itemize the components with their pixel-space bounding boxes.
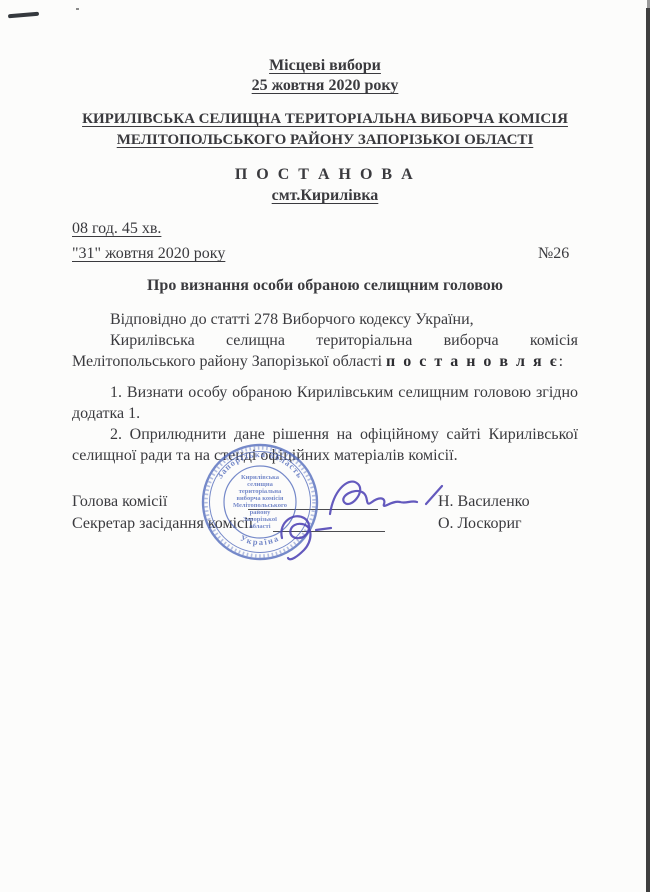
commission-name-line1: КИРИЛІВСЬКА СЕЛИЩНА ТЕРИТОРІАЛЬНА ВИБОРЧ…: [72, 109, 578, 130]
stamp-center-line: області: [249, 523, 270, 530]
scan-artifact-speck: [76, 8, 79, 10]
stamp-center-line: району: [250, 509, 272, 516]
handwritten-signature-secretary-dash: [316, 528, 331, 530]
svg-text:Україна: Україна: [239, 533, 281, 547]
stamp-center-line: селищна: [247, 481, 273, 488]
handwritten-signature-head: [330, 482, 417, 514]
document-content: Місцеві вибори 25 жовтня 2020 року КИРИЛ…: [72, 56, 578, 466]
election-header-line1: Місцеві вибори: [72, 56, 578, 76]
paragraph-legal-basis: Відповідно до статті 278 Виборчого кодек…: [72, 309, 578, 330]
paragraph-resolves: Кирилівська селищна територіальна виборч…: [72, 330, 578, 372]
document-time: 08 год. 45 хв.: [72, 218, 578, 239]
commission-name-line2: МЕЛІТОПОЛЬСЬКОГО РАЙОНУ ЗАПОРІЗЬКОІ ОБЛА…: [72, 130, 578, 151]
stamp-center-line: виборча комісія: [237, 495, 284, 502]
stamp-center-line: Мелітопольського: [233, 502, 287, 509]
scan-artifact-right-edge: [646, 8, 650, 892]
document-type-heading: П О С Т А Н О В А: [72, 164, 578, 185]
stamp-center-line: Кирилівська: [241, 474, 280, 481]
stamp-center-line: територіальна: [239, 488, 282, 495]
resolution-title: Про визнання особи обраною селищним голо…: [72, 275, 578, 296]
election-header-line2: 25 жовтня 2020 року: [72, 76, 578, 96]
handwritten-signature-head-stroke: [426, 486, 442, 504]
stamp-and-signatures-overlay: Запорізька область Україна Кирилівська с…: [190, 438, 460, 604]
stamp-center-line: Запорізької: [243, 516, 277, 523]
document-number: №26: [538, 243, 569, 264]
date-number-row: "31" жовтня 2020 року №26: [72, 243, 578, 264]
stamp-arc-bottom-text: Україна: [239, 533, 281, 547]
resolves-colon: :: [559, 353, 563, 370]
resolves-keyword: п о с т а н о в л я є: [386, 353, 559, 370]
round-stamp: Запорізька область Україна Кирилівська с…: [203, 445, 317, 559]
scan-artifact-dash: [8, 12, 39, 18]
signature-role-head: Голова комісії: [72, 493, 167, 511]
resolution-item-1: 1. Визнати особу обраною Кирилівським се…: [72, 382, 578, 424]
scanned-document-page: Місцеві вибори 25 жовтня 2020 року КИРИЛ…: [0, 0, 650, 892]
document-place: смт.Кирилівка: [72, 185, 578, 206]
stamp-center-text: Кирилівська селищна територіальна виборч…: [233, 474, 287, 530]
document-date: "31" жовтня 2020 року: [72, 245, 225, 262]
